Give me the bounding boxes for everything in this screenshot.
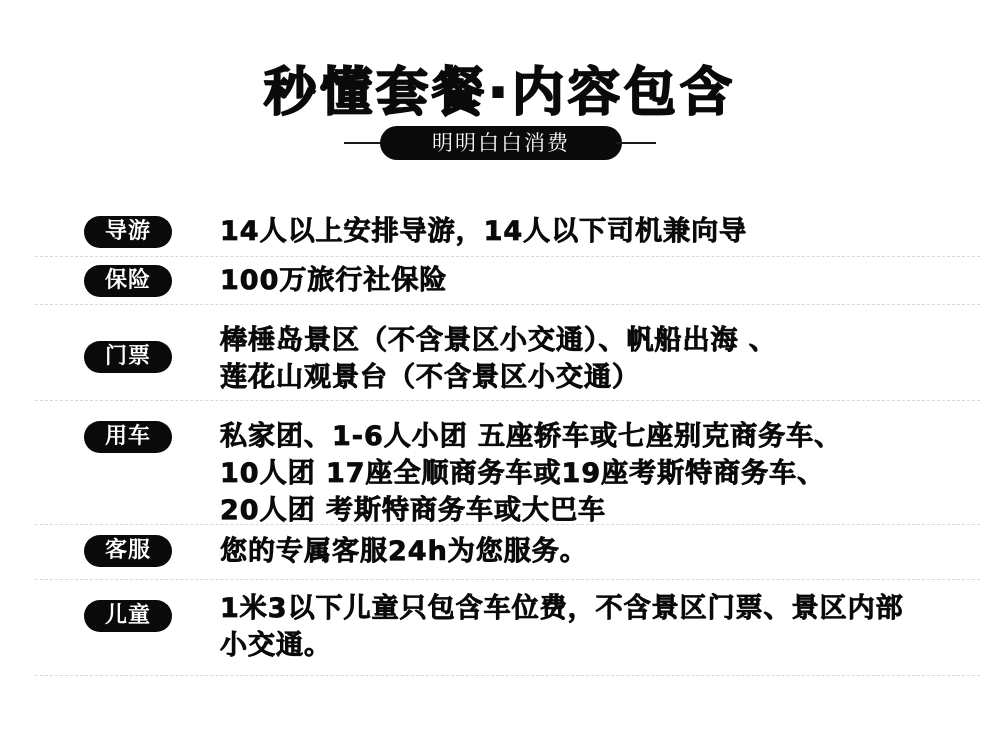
badge-vehicle: 用车 [84, 421, 172, 453]
badge-insurance: 保险 [84, 265, 172, 297]
item-line: 100万旅行社保险 [220, 262, 980, 299]
badge-guide: 导游 [84, 216, 172, 248]
subtitle-banner: 明明白白消费 [0, 126, 1000, 160]
item-content-guide: 14人以上安排导游，14人以下司机兼向导 [220, 213, 980, 250]
page-title: 秒懂套餐·内容包含 [0, 58, 1000, 128]
item-line: 小交通。 [220, 627, 980, 664]
badge-service: 客服 [84, 535, 172, 567]
badge-children: 儿童 [84, 600, 172, 632]
row-divider [35, 400, 980, 401]
badge-tickets: 门票 [84, 341, 172, 373]
item-row-guide: 导游 14人以上安排导游，14人以下司机兼向导 [0, 212, 1000, 257]
item-line: 1米3以下儿童只包含车位费，不含景区门票、景区内部 [220, 590, 980, 627]
item-row-insurance: 保险 100万旅行社保险 [0, 262, 1000, 304]
item-row-children: 儿童 1米3以下儿童只包含车位费，不含景区门票、景区内部 小交通。 [0, 590, 1000, 676]
subtitle-pill: 明明白白消费 [380, 126, 622, 160]
item-line: 私家团、1-6人小团 五座轿车或七座别克商务车、 [220, 418, 980, 455]
row-divider [35, 304, 980, 305]
item-content-tickets: 棒棰岛景区（不含景区小交通）、帆船出海 、 莲花山观景台（不含景区小交通） [220, 322, 980, 396]
item-line: 您的专属客服24h为您服务。 [220, 533, 980, 570]
row-divider [35, 256, 980, 257]
row-divider [35, 524, 980, 525]
decorative-line-right [616, 142, 656, 144]
item-content-insurance: 100万旅行社保险 [220, 262, 980, 299]
row-divider [35, 579, 980, 580]
item-row-tickets: 门票 棒棰岛景区（不含景区小交通）、帆船出海 、 莲花山观景台（不含景区小交通） [0, 322, 1000, 400]
item-row-vehicle: 用车 私家团、1-6人小团 五座轿车或七座别克商务车、 10人团 17座全顺商务… [0, 418, 1000, 524]
item-line: 棒棰岛景区（不含景区小交通）、帆船出海 、 [220, 322, 980, 359]
item-content-vehicle: 私家团、1-6人小团 五座轿车或七座别克商务车、 10人团 17座全顺商务车或1… [220, 418, 980, 529]
item-row-service: 客服 您的专属客服24h为您服务。 [0, 532, 1000, 578]
item-line: 莲花山观景台（不含景区小交通） [220, 359, 980, 396]
row-divider [35, 675, 980, 676]
item-content-children: 1米3以下儿童只包含车位费，不含景区门票、景区内部 小交通。 [220, 590, 980, 664]
item-content-service: 您的专属客服24h为您服务。 [220, 533, 980, 570]
item-line: 10人团 17座全顺商务车或19座考斯特商务车、 [220, 455, 980, 492]
item-line: 14人以上安排导游，14人以下司机兼向导 [220, 213, 980, 250]
